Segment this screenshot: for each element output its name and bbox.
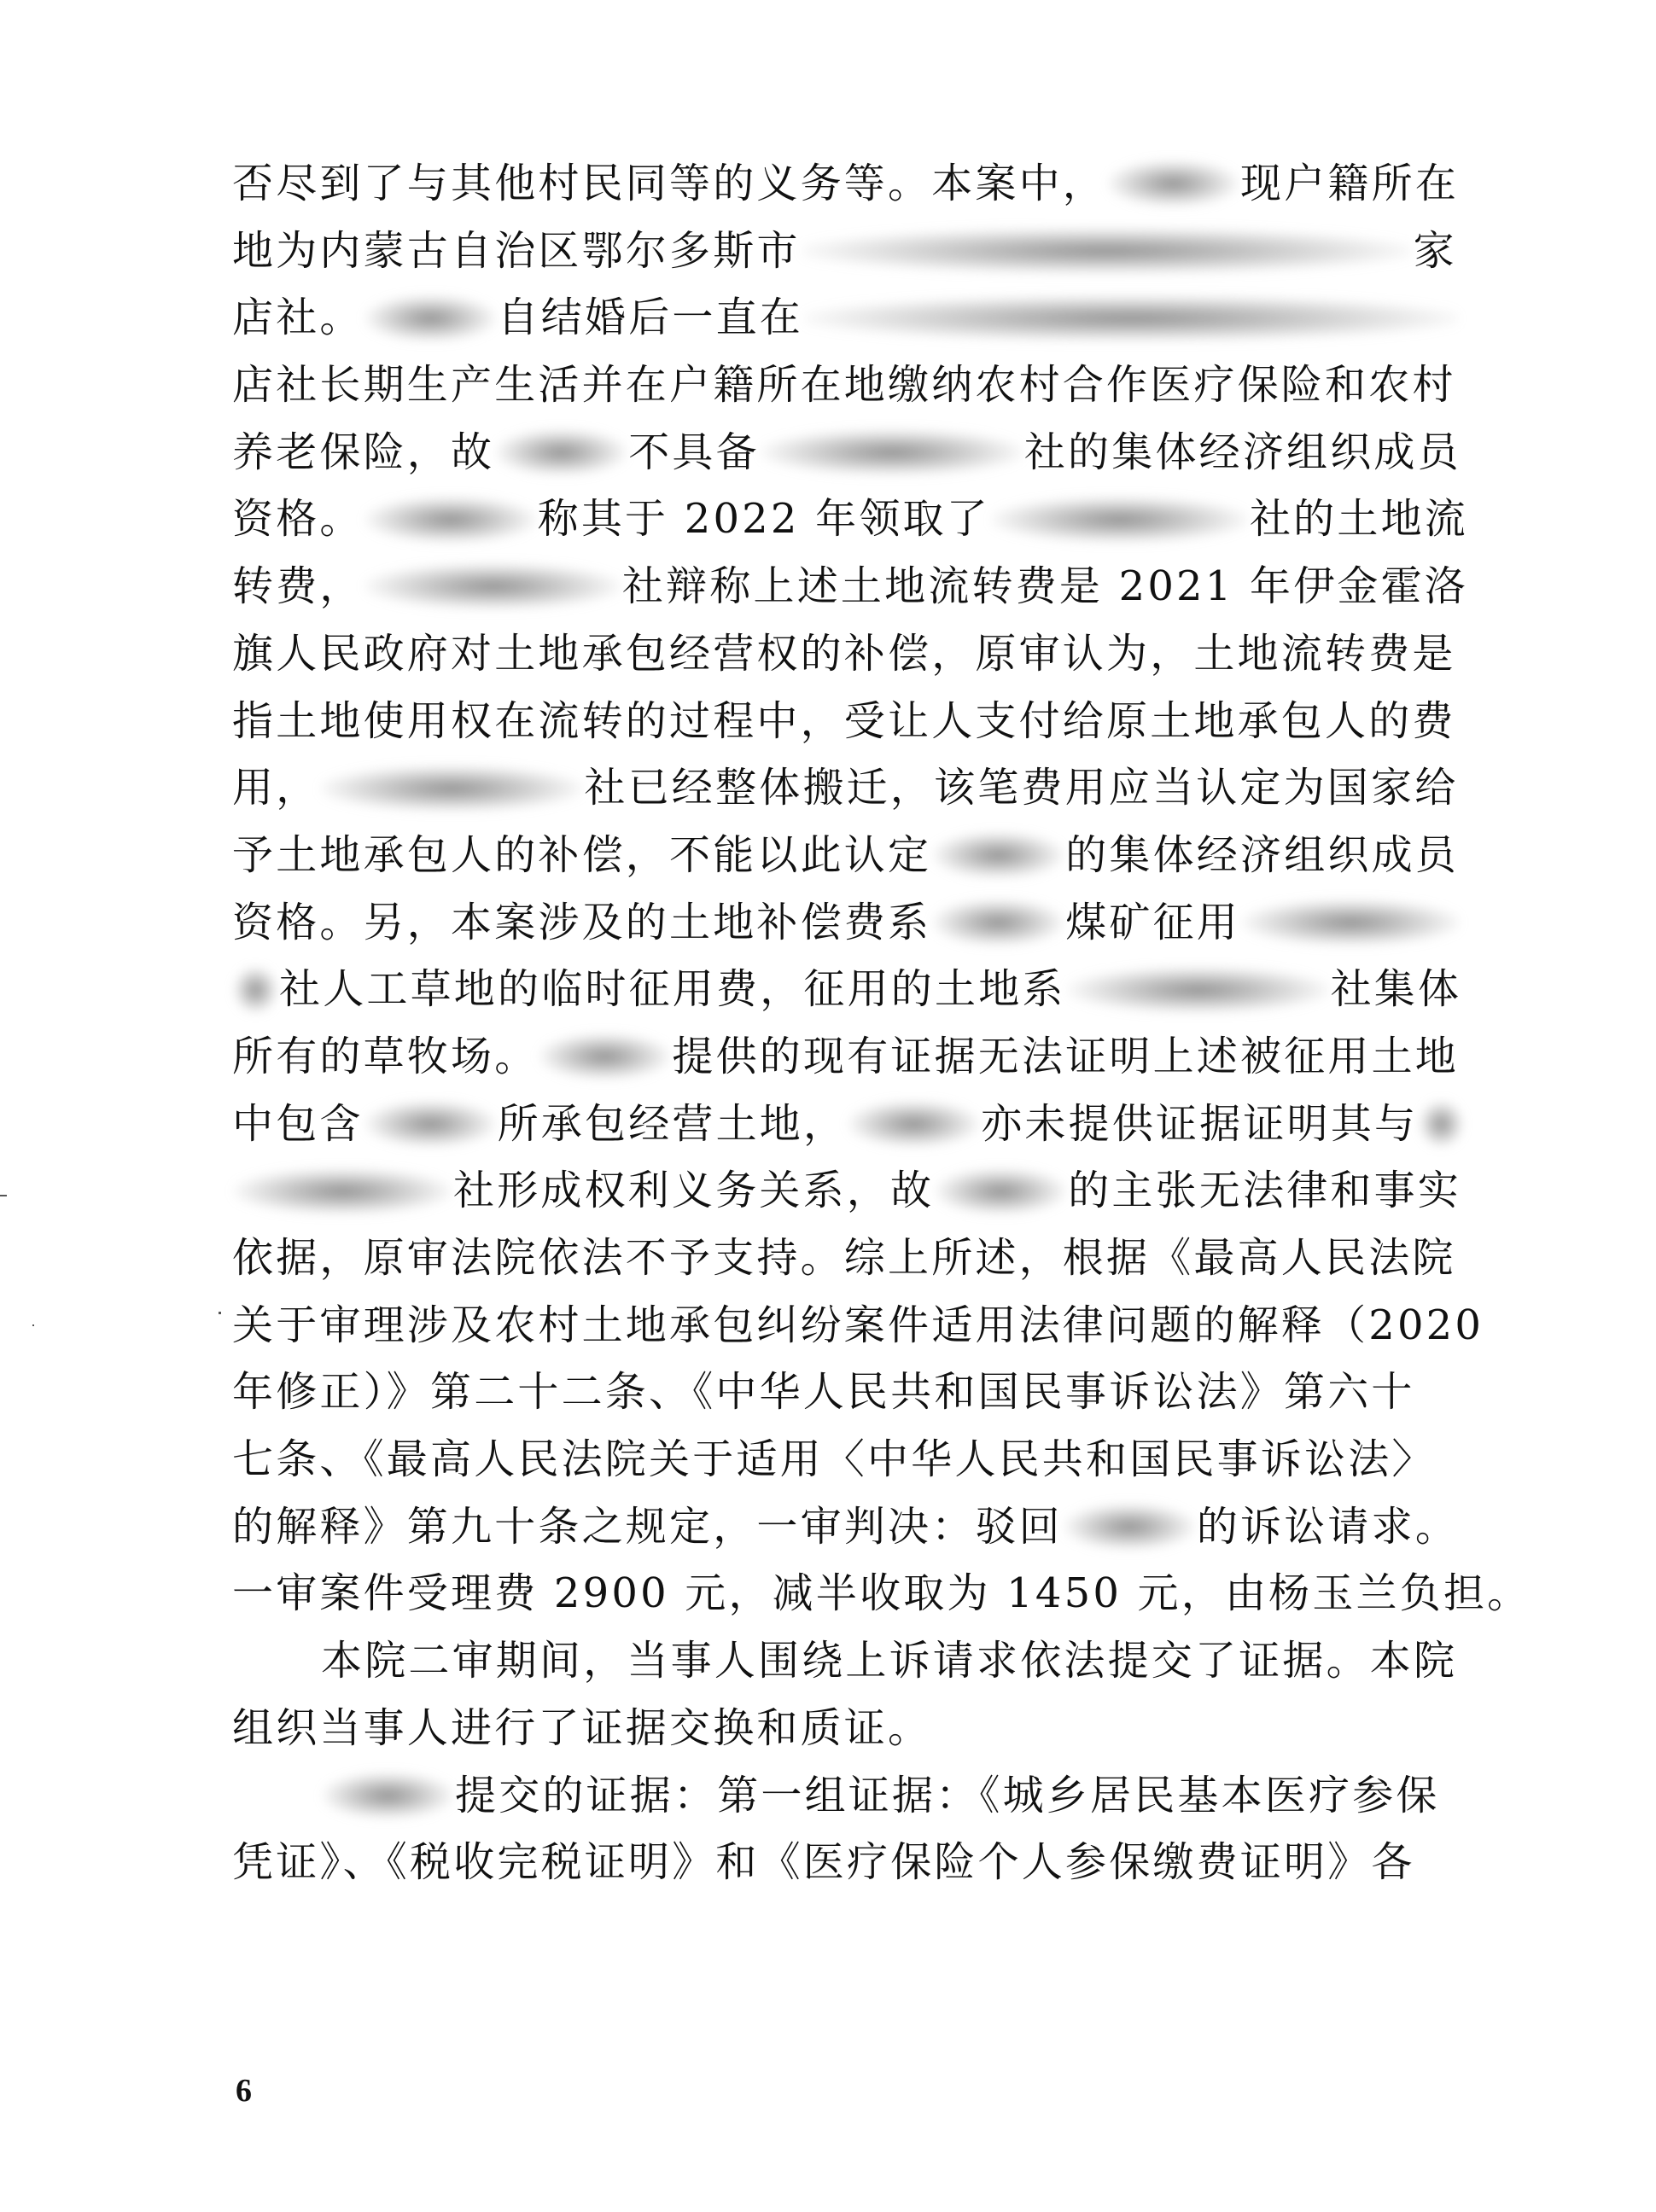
scan-dust-dot (32, 1324, 34, 1326)
text-segment: 社形成权利义务关系，故 (453, 1157, 934, 1225)
text-line: 本院二审期间，当事人围绕上诉请求依法提交了证据。本院 (232, 1627, 1468, 1695)
redacted-name-blur (933, 899, 1064, 946)
text-segment: 社人工草地的临时征用费，征用的土地系 (279, 956, 1066, 1023)
text-line: 社形成权利义务关系，故的主张无法律和事实 (232, 1157, 1468, 1225)
text-segment: 养老保险，故 (232, 419, 494, 486)
text-segment: 中包含 (232, 1091, 364, 1158)
text-segment: 店社。 (232, 284, 364, 352)
redacted-name-blur (234, 1168, 452, 1214)
document-page: 否尽到了与其他村民同等的义务等。本案中，现户籍所在地为内蒙古自治区鄂尔多斯市家店… (0, 0, 1656, 2212)
text-segment: 现户籍所在 (1240, 150, 1459, 218)
redacted-name-blur (936, 1168, 1066, 1214)
scan-dust-dot (219, 1312, 221, 1314)
text-line: 转费，社辩称上述土地流转费是 2021 年伊金霍洛 (232, 553, 1468, 620)
redacted-name-blur (539, 1033, 670, 1080)
text-segment: 不具备 (628, 419, 760, 486)
text-segment: 转费， (232, 553, 364, 620)
redacted-name-blur (365, 497, 536, 543)
text-segment: 资格。 (232, 486, 364, 553)
redacted-name-blur (992, 497, 1248, 543)
redacted-name-blur (802, 228, 1412, 274)
redacted-name-blur (1064, 1504, 1195, 1550)
text-line: 组织当事人进行了证据交换和质证。 (232, 1695, 1468, 1762)
text-segment: 本院二审期间，当事人围绕上诉请求依法提交了证据。本院 (321, 1627, 1457, 1695)
text-segment: 资格。另，本案涉及的土地补偿费系 (232, 889, 931, 957)
redacted-name-blur (1068, 967, 1329, 1013)
text-segment: 用， (232, 754, 319, 822)
redacted-name-blur (365, 563, 621, 609)
text-segment: 组织当事人进行了证据交换和质证。 (232, 1695, 931, 1762)
page-number: 6 (236, 2072, 252, 2110)
judgment-body-text: 否尽到了与其他村民同等的义务等。本案中，现户籍所在地为内蒙古自治区鄂尔多斯市家店… (232, 150, 1468, 1896)
redacted-name-blur (496, 429, 627, 475)
text-segment: 称其于 2022 年领取了 (538, 486, 990, 553)
text-segment: 社已经整体搬迁，该笔费用应当认定为国家给 (584, 754, 1458, 822)
redacted-name-blur (1108, 160, 1239, 207)
text-line: 的解释》第九十条之规定，一审判决：驳回的诉讼请求。 (232, 1493, 1468, 1561)
text-line: 予土地承包人的补偿，不能以此认定的集体经济组织成员 (232, 822, 1468, 889)
redacted-name-blur (848, 1101, 979, 1147)
text-line: 否尽到了与其他村民同等的义务等。本案中，现户籍所在 (232, 150, 1468, 218)
text-segment: 关于审理涉及农村土地承包纠纷案件适用法律问题的解释（2020 (232, 1292, 1484, 1359)
text-segment: 所承包经营土地， (498, 1091, 848, 1158)
text-line: 七条、《最高人民法院关于适用〈中华人民共和国民事诉讼法〉 (232, 1426, 1468, 1493)
text-line: 提交的证据：第一组证据：《城乡居民基本医疗参保 (232, 1762, 1468, 1830)
text-segment: 指土地使用权在流转的过程中，受让人支付给原土地承包人的费 (232, 688, 1456, 755)
text-segment: 凭证》、《税收完税证明》和《医疗保险个人参保缴费证明》各 (232, 1829, 1415, 1896)
text-line: 养老保险，故不具备社的集体经济组织成员 (232, 419, 1468, 486)
text-segment: 地为内蒙古自治区鄂尔多斯市 (232, 218, 801, 285)
text-segment: 旗人民政府对土地承包经营权的补偿，原审认为，土地流转费是 (232, 620, 1456, 688)
text-segment: 的诉讼请求。 (1197, 1493, 1459, 1561)
text-segment: 家 (1414, 218, 1457, 285)
redacted-name-blur (1420, 1101, 1463, 1147)
text-segment: 提交的证据：第一组证据：《城乡居民基本医疗参保 (455, 1762, 1440, 1830)
text-line: 一审案件受理费 2900 元，减半收取为 1450 元，由杨玉兰负担。 (232, 1560, 1468, 1627)
text-line: 社人工草地的临时征用费，征用的土地系社集体 (232, 956, 1468, 1023)
text-segment: 社辩称上述土地流转费是 2021 年伊金霍洛 (622, 553, 1468, 620)
text-segment: 提供的现有证据无法证明上述被征用土地 (672, 1023, 1459, 1091)
text-line: 用，社已经整体搬迁，该笔费用应当认定为国家给 (232, 754, 1468, 822)
scan-margin-mark (0, 1195, 7, 1196)
text-line: 店社长期生产生活并在户籍所在地缴纳农村合作医疗保险和农村 (232, 352, 1468, 419)
text-segment: 亦未提供证据证明其与 (981, 1091, 1418, 1158)
redacted-name-blur (365, 295, 496, 341)
text-line: 旗人民政府对土地承包经营权的补偿，原审认为，土地流转费是 (232, 620, 1468, 688)
text-segment: 所有的草牧场。 (232, 1023, 538, 1091)
text-segment: 社的土地流 (1250, 486, 1468, 553)
text-line: 指土地使用权在流转的过程中，受让人支付给原土地承包人的费 (232, 688, 1468, 755)
text-segment: 社的集体经济组织成员 (1024, 419, 1461, 486)
text-segment: 店社长期生产生活并在户籍所在地缴纳农村合作医疗保险和农村 (232, 352, 1456, 419)
text-line: 中包含所承包经营土地，亦未提供证据证明其与 (232, 1091, 1468, 1158)
text-segment: 煤矿征用 (1065, 889, 1240, 957)
text-segment: 年修正）》第二十二条、《中华人民共和国民事诉讼法》第六十 (232, 1359, 1415, 1426)
text-line: 依据，原审法院依法不予支持。综上所述，根据《最高人民法院 (232, 1225, 1468, 1292)
redacted-name-blur (761, 429, 1023, 475)
text-line: 凭证》、《税收完税证明》和《医疗保险个人参保缴费证明》各 (232, 1829, 1468, 1896)
text-segment: 否尽到了与其他村民同等的义务等。本案中， (232, 150, 1106, 218)
text-line: 资格。称其于 2022 年领取了社的土地流 (232, 486, 1468, 553)
text-segment: 一审案件受理费 2900 元，减半收取为 1450 元，由杨玉兰负担。 (232, 1560, 1531, 1627)
text-segment: 依据，原审法院依法不予支持。综上所述，根据《最高人民法院 (232, 1225, 1456, 1292)
text-segment: 社集体 (1331, 956, 1462, 1023)
text-segment: 的主张无法律和事实 (1068, 1157, 1461, 1225)
text-line: 地为内蒙古自治区鄂尔多斯市家 (232, 218, 1468, 285)
text-line: 年修正）》第二十二条、《中华人民共和国民事诉讼法》第六十 (232, 1359, 1468, 1426)
text-line: 店社。自结婚后一直在 (232, 284, 1468, 352)
redacted-name-blur (1242, 899, 1460, 946)
text-segment: 的集体经济组织成员 (1065, 822, 1459, 889)
text-line: 所有的草牧场。提供的现有证据无法证明上述被征用土地 (232, 1023, 1468, 1091)
redacted-name-blur (234, 967, 277, 1013)
text-line: 关于审理涉及农村土地承包纠纷案件适用法律问题的解释（2020 (232, 1292, 1468, 1359)
text-segment: 自结婚后一直在 (498, 284, 803, 352)
text-line: 资格。另，本案涉及的土地补偿费系煤矿征用 (232, 889, 1468, 957)
text-segment: 的解释》第九十条之规定，一审判决：驳回 (232, 1493, 1063, 1561)
text-segment: 予土地承包人的补偿，不能以此认定 (232, 822, 931, 889)
text-segment: 七条、《最高人民法院关于适用〈中华人民共和国民事诉讼法〉 (232, 1426, 1436, 1493)
redacted-name-blur (365, 1101, 496, 1147)
redacted-name-blur (321, 765, 582, 812)
redacted-name-blur (805, 295, 1458, 341)
redacted-name-blur (933, 832, 1064, 878)
redacted-name-blur (323, 1773, 453, 1819)
